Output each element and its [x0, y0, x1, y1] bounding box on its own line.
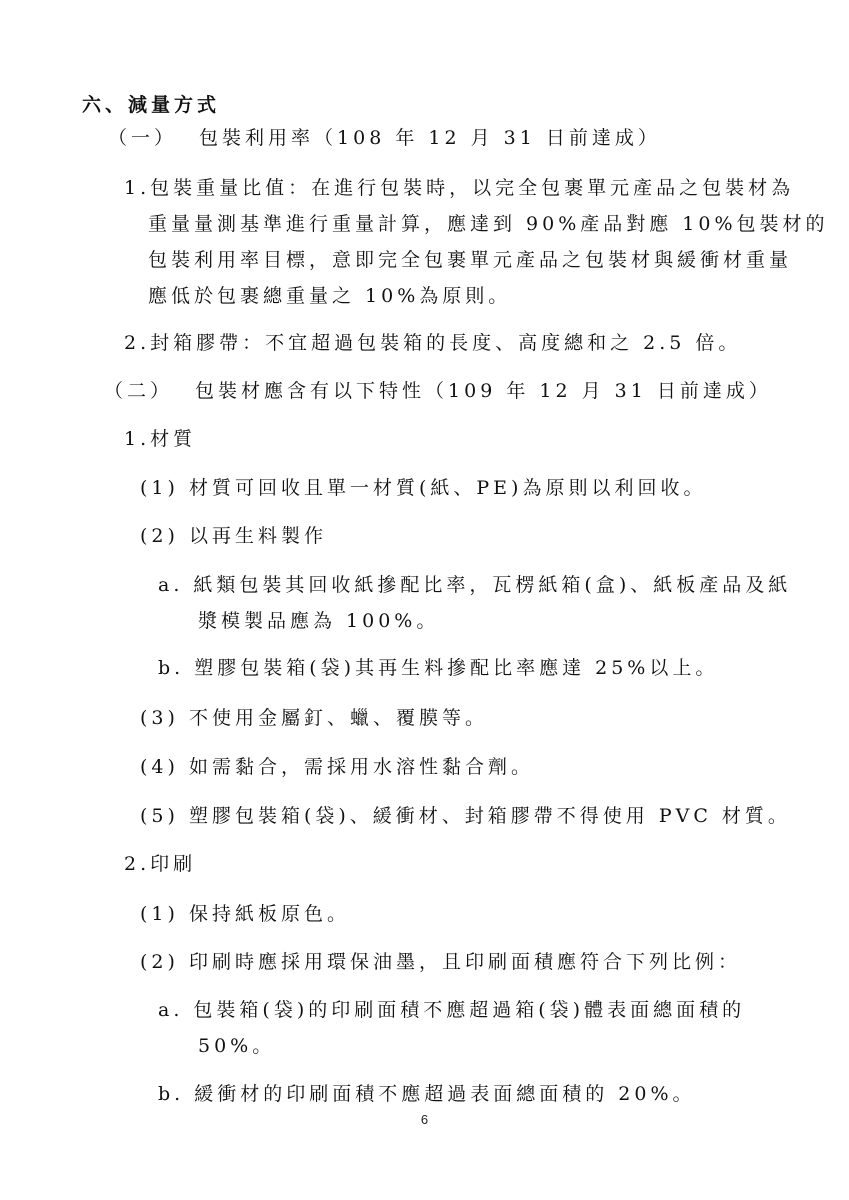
material-point-5: (5) 塑膠包裝箱(袋)、緩衝材、封箱膠帶不得使用 PVC 材質。 — [140, 804, 791, 828]
item-1-1-line-4: 應低於包裹總重量之 10%為原則。 — [148, 284, 511, 308]
material-point-2: (2) 以再生料製作 — [140, 524, 327, 548]
item-1-2-label: 2. — [124, 332, 150, 354]
item-2-2-heading: 2.印刷 — [124, 852, 196, 876]
item-1-2: 2.封箱膠帶：不宜超過包裝箱的長度、高度總和之 2.5 倍。 — [124, 331, 741, 355]
subsection-2-heading: （二）包裝材應含有以下特性（109 年 12 月 31 日前達成） — [104, 379, 772, 403]
printing-point-2a-line-1: a. 包裝箱(袋)的印刷面積不應超過箱(袋)體表面總面積的 — [158, 998, 745, 1022]
item-1-1-line-1: 1.包裝重量比值：在進行包裝時，以完全包裹單元產品之包裝材為 — [124, 176, 794, 200]
printing-point-1: (1) 保持紙板原色。 — [140, 902, 350, 926]
material-point-2b: b. 塑膠包裝箱(袋)其再生料摻配比率應達 25%以上。 — [158, 656, 718, 680]
printing-point-2a-line-2: 50%。 — [198, 1034, 275, 1058]
printing-point-2b: b. 緩衝材的印刷面積不應超過表面總面積的 20%。 — [158, 1082, 696, 1106]
material-point-2a-line-1: a. 紙類包裝其回收紙摻配比率，瓦楞紙箱(盒)、紙板產品及紙 — [158, 573, 791, 597]
printing-point-2: (2) 印刷時應採用環保油墨，且印刷面積應符合下列比例： — [140, 950, 741, 974]
subsection-2-title: 包裝材應含有以下特性（109 年 12 月 31 日前達成） — [195, 380, 772, 402]
subsection-2-label: （二） — [104, 380, 173, 402]
item-1-1-label: 1. — [124, 177, 150, 199]
material-point-2a-line-2: 漿模製品應為 100%。 — [198, 609, 439, 633]
section-title: 六、減量方式 — [82, 93, 220, 117]
material-point-4: (4) 如需黏合，需採用水溶性黏合劑。 — [140, 755, 534, 779]
item-1-1-line-2: 重量量測基準進行重量計算，應達到 90%產品對應 10%包裝材的 — [148, 212, 829, 236]
item-1-1-line-3: 包裝利用率目標，意即完全包裹單元產品之包裝材與緩衝材重量 — [148, 248, 792, 272]
subsection-1-heading: （一）包裝利用率（108 年 12 月 31 日前達成） — [108, 126, 661, 150]
material-point-3: (3) 不使用金屬釘、蠟、覆膜等。 — [140, 706, 488, 730]
material-point-1: (1) 材質可回收且單一材質(紙、PE)為原則以利回收。 — [140, 476, 706, 500]
subsection-1-label: （一） — [108, 127, 177, 149]
item-2-1-heading: 1.材質 — [124, 427, 196, 451]
page-number: 6 — [0, 1112, 849, 1127]
subsection-1-title: 包裝利用率（108 年 12 月 31 日前達成） — [199, 127, 661, 149]
